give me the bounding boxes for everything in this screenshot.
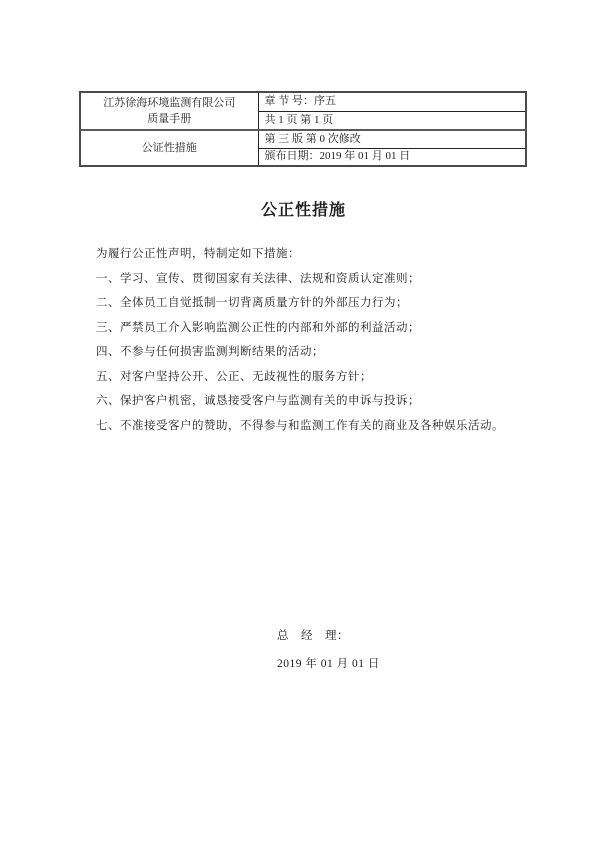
measure-item: 六、保护客户机密，诚恳接受客户与监测有关的申诉与投诉；: [96, 389, 516, 414]
measure-item: 七、不准接受客户的赞助，不得参与和监测工作有关的商业及各种娱乐活动。: [96, 414, 516, 439]
section-name-cell: 公证性措施: [80, 130, 258, 166]
page-title: 公正性措施: [96, 197, 511, 220]
table-row: 公证性措施 第 三 版 第 0 次修改: [80, 130, 526, 148]
measure-item: 一、学习、宣传、贯彻国家有关法律、法规和资质认定准则；: [96, 267, 516, 292]
header-table: 江苏徐海环境监测有限公司 质量手册 章 节 号：序五 共 1 页 第 1 页 公…: [79, 91, 527, 167]
signature-role: 总 经 理：: [277, 622, 380, 650]
company-title-cell: 江苏徐海环境监测有限公司 质量手册: [80, 92, 258, 130]
body-text: 为履行公正性声明，特制定如下措施： 一、学习、宣传、贯彻国家有关法律、法规和资质…: [96, 242, 516, 438]
document-page: 江苏徐海环境监测有限公司 质量手册 章 节 号：序五 共 1 页 第 1 页 公…: [0, 0, 595, 841]
intro-line: 为履行公正性声明，特制定如下措施：: [96, 242, 516, 267]
company-name: 江苏徐海环境监测有限公司: [85, 95, 254, 111]
signature-block: 总 经 理： 2019 年 01 月 01 日: [277, 622, 380, 678]
measure-item: 四、不参与任何损害监测判断结果的活动；: [96, 340, 516, 365]
table-row: 江苏徐海环境监测有限公司 质量手册 章 节 号：序五: [80, 92, 526, 111]
manual-name: 质量手册: [85, 111, 254, 127]
page-count-cell: 共 1 页 第 1 页: [258, 111, 526, 130]
signature-date: 2019 年 01 月 01 日: [277, 650, 380, 678]
chapter-number-cell: 章 节 号：序五: [258, 92, 526, 111]
measure-item: 三、严禁员工介入影响监测公正性的内部和外部的利益活动；: [96, 316, 516, 341]
measure-item: 五、对客户坚持公开、公正、无歧视性的服务方针；: [96, 365, 516, 390]
version-cell: 第 三 版 第 0 次修改: [258, 130, 526, 148]
issue-date-cell: 颁布日期：2019 年 01 月 01 日: [258, 148, 526, 166]
measure-item: 二、全体员工自觉抵制一切背离质量方针的外部压力行为；: [96, 291, 516, 316]
